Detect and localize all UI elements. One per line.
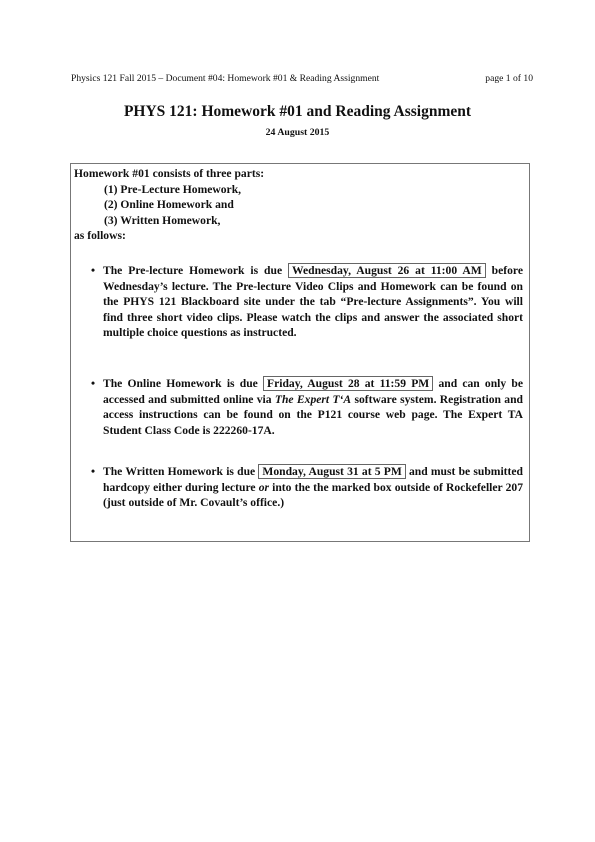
bullet-icon: • — [91, 376, 95, 392]
document-title: PHYS 121: Homework #01 and Reading Assig… — [0, 103, 595, 121]
intro: Homework #01 consists of three parts: (1… — [74, 166, 264, 244]
part-item: (1) Pre-Lecture Homework, — [74, 182, 264, 198]
list-item-online: • The Online Homework is due Friday, Aug… — [91, 376, 523, 438]
bullet-icon: • — [91, 263, 95, 279]
system-name: The Expert T‘A — [275, 393, 351, 406]
outro-line: as follows: — [74, 228, 264, 244]
part-item: (2) Online Homework and — [74, 197, 264, 213]
document-date: 24 August 2015 — [0, 127, 595, 138]
deadline-box: Friday, August 28 at 11:59 PM — [263, 376, 433, 391]
running-header: Physics 121 Fall 2015 – Document #04: Ho… — [71, 73, 533, 84]
list-item-prelecture: • The Pre-lecture Homework is due Wednes… — [91, 263, 523, 341]
list-item-written: • The Written Homework is due Monday, Au… — [91, 464, 523, 511]
running-title: Physics 121 Fall 2015 – Document #04: Ho… — [71, 73, 379, 84]
emphasis: or — [259, 481, 269, 494]
intro-line: Homework #01 consists of three parts: — [74, 166, 264, 182]
page-number: page 1 of 10 — [485, 73, 533, 84]
homework-box: Homework #01 consists of three parts: (1… — [70, 163, 530, 542]
deadline-box: Monday, August 31 at 5 PM — [258, 464, 405, 479]
part-item: (3) Written Homework, — [74, 213, 264, 229]
bullet-icon: • — [91, 464, 95, 480]
deadline-box: Wednesday, August 26 at 11:00 AM — [288, 263, 486, 278]
